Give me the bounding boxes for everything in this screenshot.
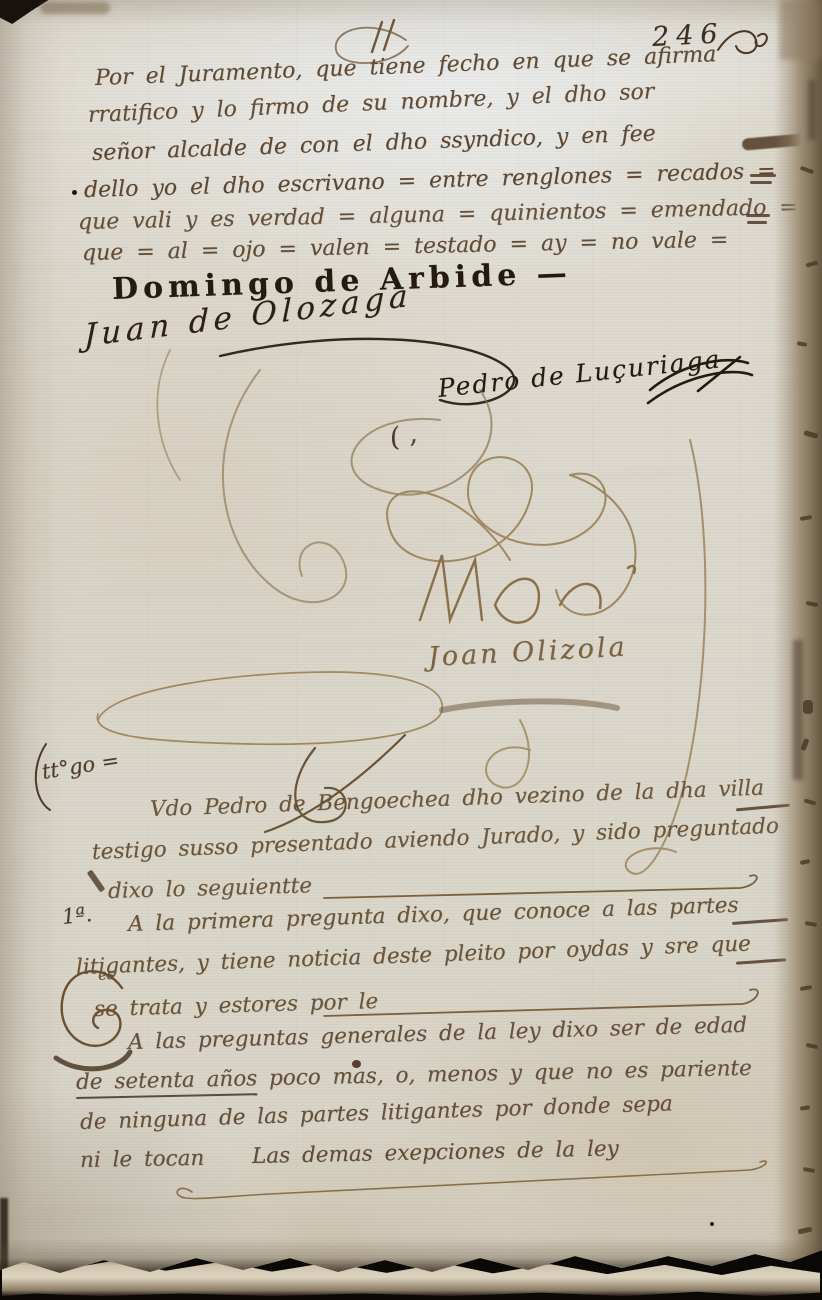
gutter-shadow <box>793 640 803 780</box>
generals-line-rest: poco mas, o, menos y que no es pariente <box>257 1056 752 1091</box>
generals-line: de setenta años poco mas, o, menos y que… <box>76 1056 752 1095</box>
bleed-through-streak <box>240 862 450 871</box>
margin-note-first-question: 1ª. <box>61 902 93 929</box>
oath-line: señor alcalde de con el dho ssyndico, y … <box>92 121 656 166</box>
stitch-mark <box>806 1043 819 1049</box>
bleed-through-streak <box>420 735 620 745</box>
stitch-mark <box>803 700 813 714</box>
bleed-through-streak <box>40 700 220 709</box>
pen-rule-closing <box>150 1160 800 1202</box>
pen-dash <box>736 804 790 812</box>
margin-tick <box>87 869 106 892</box>
bleed-through-streak <box>200 640 460 649</box>
bleed-through-streak <box>90 449 250 462</box>
pen-dash <box>732 918 788 925</box>
oath-line: que = al = ojo = valen = testado = ay = … <box>82 227 729 266</box>
gutter-shadow <box>808 80 816 140</box>
stitch-mark <box>798 1227 813 1235</box>
stitch-mark <box>804 799 817 806</box>
underlined-age-phrase: de setenta años <box>76 1066 258 1099</box>
generals-line: A las preguntas generales de la ley dixo… <box>128 1013 748 1055</box>
bleed-through-streak <box>85 588 485 598</box>
stitch-mark <box>806 601 819 607</box>
stitch-mark <box>803 1167 816 1173</box>
stitch-mark <box>800 166 815 175</box>
signature-pedro-de-lucuriaga: Pedro de Luçuriaga <box>436 344 722 403</box>
generals-line: ni le tocan <box>80 1146 205 1173</box>
testimony-intro-line: testigo susso presentado aviendo Jurado,… <box>92 814 780 865</box>
pen-dash <box>746 214 770 217</box>
edge-smudge <box>780 0 822 60</box>
binding-gutter <box>774 0 822 1274</box>
pen-dash <box>750 181 772 184</box>
bleed-through-streak <box>95 545 425 556</box>
pen-dash <box>750 174 776 177</box>
manuscript-page: 246 Por el Juramento, que tiene fecho en… <box>0 0 822 1274</box>
stitch-mark <box>804 430 819 438</box>
margin-note-witness: tt°go = <box>40 748 121 784</box>
margin-note-generals-super: es <box>97 965 115 984</box>
generals-line: Las demas exepciones de la ley <box>252 1136 619 1169</box>
ink-speck <box>72 190 77 195</box>
stitch-mark <box>800 859 811 865</box>
pen-dash <box>747 221 767 224</box>
stitch-mark <box>806 261 819 268</box>
ink-speck <box>710 1222 714 1226</box>
generals-line: de ninguna de las partes litigantes por … <box>80 1091 673 1135</box>
stitch-mark <box>797 341 808 347</box>
stitch-mark <box>800 515 813 521</box>
testimony-intro-line: Vdo Pedro de Bengoechea dho vezino de la… <box>150 776 765 822</box>
testimony-intro-line: dixo lo seguientte <box>108 873 313 904</box>
bleed-through-streak <box>620 615 750 625</box>
ink-blot <box>742 133 807 151</box>
bleed-through-streak <box>500 467 690 486</box>
edge-smudge <box>40 2 110 14</box>
stitch-mark <box>800 1105 811 1111</box>
ink-blot <box>352 1060 361 1068</box>
bleed-through-streak <box>420 525 590 535</box>
intro-initial-flourish <box>255 730 415 840</box>
bleed-through-streak <box>30 1208 260 1218</box>
pen-dash <box>736 958 786 964</box>
first-answer-line: litigantes, y tiene noticia deste pleito… <box>76 931 752 980</box>
bleed-through-streak <box>40 348 320 358</box>
pen-mark-comma-pair: ( , <box>387 419 419 454</box>
signature-joan-olizola: Joan Olizola <box>427 632 628 673</box>
stitch-mark <box>800 985 813 991</box>
stitch-mark <box>805 921 818 927</box>
first-answer-line: se trata y estores por le <box>94 989 379 1022</box>
oath-line: dello yo el dho escrivano = entre renglo… <box>84 159 776 203</box>
